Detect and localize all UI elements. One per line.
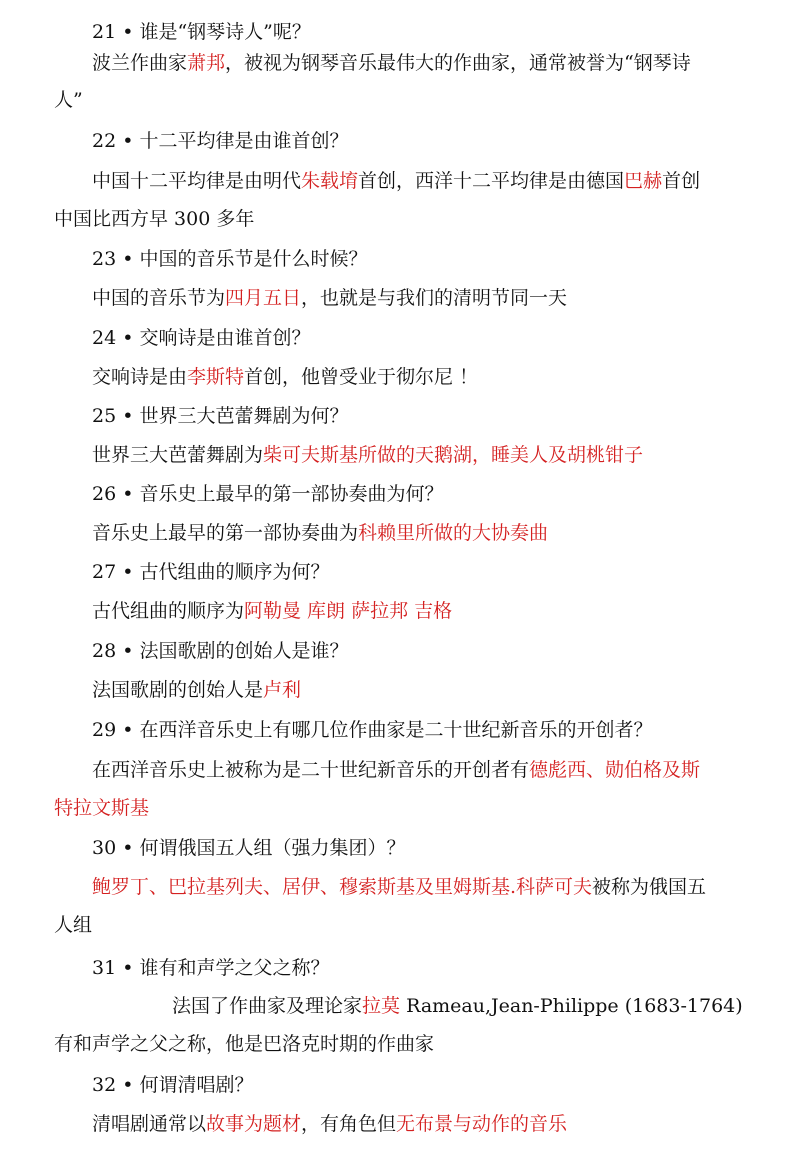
answer-30-line-2: 人组 [0,912,800,938]
answer-text: 音乐史上最早的第一部协奏曲为 [92,522,358,544]
answer-22-line-1: 中国十二平均律是由明代朱载堉首创，西洋十二平均律是由德国巴赫首创 [0,168,800,194]
answer-text: 有和声学之父之称，他是巴洛克时期的作曲家 [54,1033,434,1055]
answer-text: 波兰作曲家 [92,52,187,74]
answer-text: 被称为俄国五 [592,876,706,898]
question-32: 32 • 何谓清唱剧？ [0,1072,800,1098]
answer-text: 首创，西洋十二平均律是由德国 [358,170,624,192]
highlight-text: 柴可夫斯基所做的天鹅湖，睡美人及胡桃钳子 [263,444,643,466]
answer-22-line-2: 中国比西方早 300 多年 [0,206,800,232]
question-30: 30 • 何谓俄国五人组（强力集团）？ [0,835,800,861]
answer-text: ，也就是与我们的清明节同一天 [301,287,567,309]
answer-29-line-2: 特拉文斯基 [0,795,800,821]
highlight-text: 阿勒曼 库朗 萨拉邦 吉格 [244,600,452,622]
highlight-text: 四月五日 [225,287,301,309]
question-21: 21 • 谁是“钢琴诗人”呢？ [0,19,800,45]
answer-text: 交响诗是由 [92,366,187,388]
question-23: 23 • 中国的音乐节是什么时候？ [0,246,800,272]
question-24: 24 • 交响诗是由谁首创？ [0,325,800,351]
highlight-text: 无布景与动作的音乐 [396,1113,567,1135]
question-29: 29 • 在西洋音乐史上有哪几位作曲家是二十世纪新音乐的开创者？ [0,717,800,743]
answer-29-line-1: 在西洋音乐史上被称为是二十世纪新音乐的开创者有德彪西、勋伯格及斯 [0,757,800,783]
question-25: 25 • 世界三大芭蕾舞剧为何？ [0,403,800,429]
answer-text: 人” [54,89,83,111]
answer-text: 人组 [54,914,92,936]
answer-21-line-2: 人” [0,87,800,113]
highlight-text: 科赖里所做的大协奏曲 [358,522,548,544]
highlight-text: 德彪西、勋伯格及斯 [529,759,700,781]
answer-text: 中国的音乐节为 [92,287,225,309]
answer-text: 首创 [662,170,700,192]
answer-28: 法国歌剧的创始人是卢利 [0,677,800,703]
question-27: 27 • 古代组曲的顺序为何？ [0,559,800,585]
answer-31-line-1: 法国了作曲家及理论家拉莫 Rameau,Jean-Philippe (1683-… [0,993,800,1019]
answer-23: 中国的音乐节为四月五日，也就是与我们的清明节同一天 [0,285,800,311]
answer-text: 法国歌剧的创始人是 [92,679,263,701]
highlight-text: 故事为题材 [206,1113,301,1135]
answer-text: 世界三大芭蕾舞剧为 [92,444,263,466]
answer-text: ，有角色但 [301,1113,396,1135]
answer-text: ，被视为钢琴音乐最伟大的作曲家，通常被誉为“钢琴诗 [225,52,691,74]
answer-text: Rameau,Jean-Philippe (1683-1764) [400,995,743,1017]
question-22: 22 • 十二平均律是由谁首创？ [0,128,800,154]
answer-27: 古代组曲的顺序为阿勒曼 库朗 萨拉邦 吉格 [0,598,800,624]
highlight-text: 特拉文斯基 [54,797,149,819]
question-31: 31 • 谁有和声学之父之称？ [0,955,800,981]
highlight-text: 萧邦 [187,52,225,74]
question-26: 26 • 音乐史上最早的第一部协奏曲为何？ [0,481,800,507]
answer-26: 音乐史上最早的第一部协奏曲为科赖里所做的大协奏曲 [0,520,800,546]
answer-31-line-2: 有和声学之父之称，他是巴洛克时期的作曲家 [0,1031,800,1057]
highlight-text: 卢利 [263,679,301,701]
answer-text: 法国了作曲家及理论家 [172,995,362,1017]
answer-32: 清唱剧通常以故事为题材，有角色但无布景与动作的音乐 [0,1111,800,1137]
answer-30-line-1: 鲍罗丁、巴拉基列夫、居伊、穆索斯基及里姆斯基.科萨可夫被称为俄国五 [0,874,800,900]
question-28: 28 • 法国歌剧的创始人是谁？ [0,638,800,664]
answer-text: 在西洋音乐史上被称为是二十世纪新音乐的开创者有 [92,759,529,781]
highlight-text: 李斯特 [187,366,244,388]
highlight-text: 拉莫 [362,995,400,1017]
answer-text: 古代组曲的顺序为 [92,600,244,622]
answer-text: 中国十二平均律是由明代 [92,170,301,192]
answer-text: 首创，他曾受业于彻尔尼 ！ [244,366,478,388]
answer-text: 中国比西方早 300 多年 [54,208,254,230]
highlight-text: 巴赫 [624,170,662,192]
highlight-text: 鲍罗丁、巴拉基列夫、居伊、穆索斯基及里姆斯基.科萨可夫 [92,876,592,898]
answer-text: 清唱剧通常以 [92,1113,206,1135]
answer-25: 世界三大芭蕾舞剧为柴可夫斯基所做的天鹅湖，睡美人及胡桃钳子 [0,442,800,468]
answer-21-line-1: 波兰作曲家萧邦，被视为钢琴音乐最伟大的作曲家，通常被誉为“钢琴诗 [0,50,800,76]
answer-24: 交响诗是由李斯特首创，他曾受业于彻尔尼 ！ [0,364,800,390]
highlight-text: 朱载堉 [301,170,358,192]
